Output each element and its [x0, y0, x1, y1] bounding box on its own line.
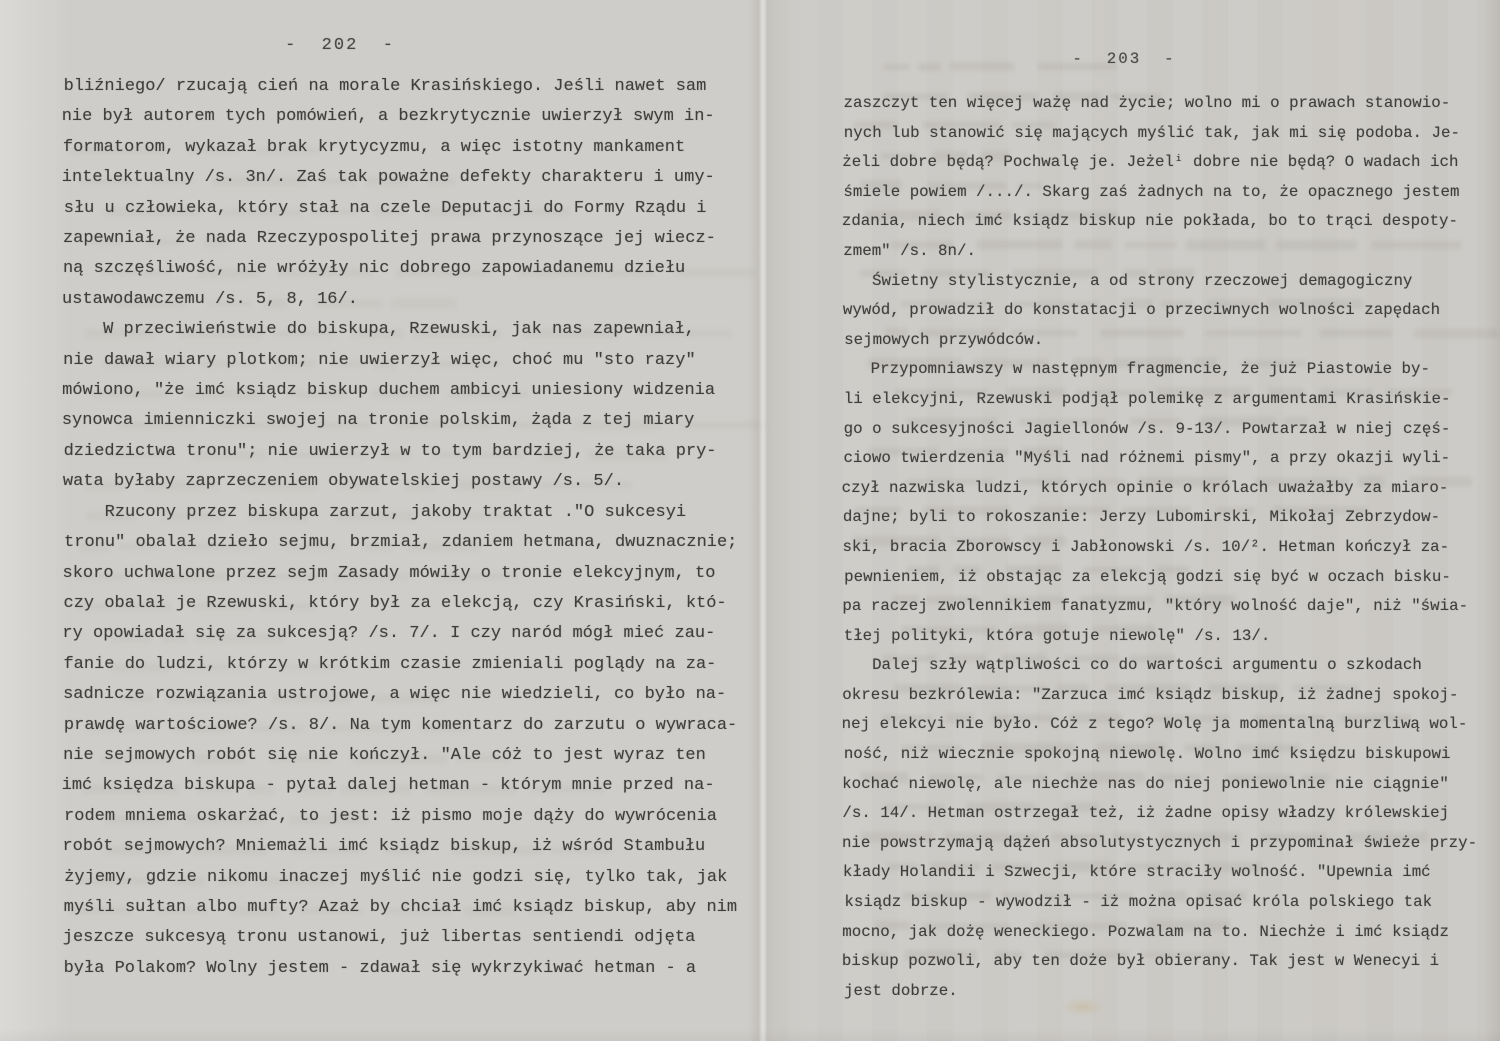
text-line: nie dawał wiary plotkom; nie uwierzył wi… — [63, 346, 763, 376]
text-line: wata byłaby zaprzeczeniem obywatelskiej … — [63, 467, 763, 497]
text-line: zdania, niech imć ksiądz biskup nie pokł… — [842, 207, 1482, 237]
text-line: wywód, prowadził do konstatacji o przeci… — [843, 296, 1483, 326]
text-line: nie sejmowych robót się nie kończył. "Al… — [63, 741, 763, 771]
text-line: /s. 14/. Hetman ostrzegał też, iż żadne … — [842, 799, 1482, 829]
text-line: W przeciwieństwie do biskupa, Rzewuski, … — [62, 315, 762, 345]
page-number-202: - 202 - — [250, 36, 430, 55]
text-line: mówiono, "że imć ksiądz biskup duchem am… — [62, 376, 762, 406]
text-line: zapewniał, że nada Rzeczypospolitej praw… — [63, 224, 763, 254]
right-paper-edge — [1484, 0, 1500, 1041]
text-line: intelektualny /s. 3n/. Zaś tak poważne d… — [62, 163, 762, 193]
text-line: była Polakom? Wolny jestem - zdawał się … — [64, 954, 764, 984]
text-line: imć księdza biskupa - pytał dalej hetman… — [62, 771, 762, 801]
text-line: Rzucony przez biskupa zarzut, jakoby tra… — [64, 498, 764, 528]
text-line: śmiele powiem /.../. Skarg zaś żadnych n… — [843, 178, 1483, 208]
text-line: tronu" obalał dzieło sejmu, brzmiał, zda… — [64, 528, 764, 558]
text-line: jest dobrze. — [844, 977, 1484, 1007]
text-line: robót sejmowych? Mniemażli imć ksiądz bi… — [62, 832, 762, 862]
text-line: zaszczyt ten więcej ważę nad życie; woln… — [844, 89, 1484, 119]
text-line: pewnieniem, iż obstając za elekcją godzi… — [844, 563, 1484, 593]
text-line: dziedzictwa tronu"; nie uwierzył w to ty… — [64, 437, 764, 467]
text-line: ski, bracia Zborowscy i Jabłonowski /s. … — [842, 533, 1482, 563]
page-number-203: - 203 - — [1038, 50, 1210, 68]
text-line: ustawodawczemu /s. 5, 8, 16/. — [62, 285, 762, 315]
text-line: bliźniego/ rzucają cień na morale Krasiń… — [64, 72, 764, 102]
text-line: nie był autorem tych pomówień, a bezkryt… — [62, 102, 762, 132]
text-line: słu u człowieka, który stał na czele Dep… — [64, 194, 764, 224]
text-line: sejmowych przywódców. — [844, 326, 1484, 356]
text-line: żyjemy, gdzie nikomu inaczej myślić nie … — [64, 863, 764, 893]
text-line: Przypomniawszy w następnym fragmencie, ż… — [842, 355, 1482, 385]
text-line: myśli sułtan albo mufty? Azaż by chciał … — [64, 893, 764, 923]
text-line: czy obalał je Rzewuski, który był za ele… — [64, 589, 764, 619]
text-line: formatorom, wykazał brak krytycyzmu, a w… — [63, 133, 763, 163]
text-line: nie powstrzymają dążeń absolutystycznych… — [842, 829, 1482, 859]
text-line: rodem mniema oskarżać, to jest: iż pismo… — [64, 802, 764, 832]
text-line: ność, niż wiecznie spokojną niewolę. Wol… — [844, 740, 1484, 770]
text-line: li elekcyjni, Rzewuski podjął polemikę z… — [844, 385, 1484, 415]
bottom-paper-edge — [0, 1029, 1500, 1041]
text-line: prawdę wartościowe? /s. 8/. Na tym komen… — [64, 711, 764, 741]
text-line: jeszcze sukcesyą tronu ustanowi, już lib… — [63, 923, 763, 953]
text-line: zmem" /s. 8n/. — [843, 237, 1483, 267]
text-line: ną szczęśliwość, nie wróżyły nic dobrego… — [63, 254, 763, 284]
text-line: okresu bezkrólewia: "Zarzuca imć ksiądz … — [842, 681, 1482, 711]
text-line: kłady Holandii i Szwecji, które straciły… — [843, 858, 1483, 888]
text-line: Świetny stylistycznie, a od strony rzecz… — [844, 267, 1484, 297]
scanned-book-spread: - 202 - bliźniego/ rzucają cień na moral… — [0, 0, 1500, 1041]
text-line: żeli dobre będą? Pochwalę je. Jeżelⁱ dob… — [842, 148, 1482, 178]
text-line: ciowo twierdzenia "Myśli nad różnemi pis… — [843, 444, 1483, 474]
text-line: tłej polityki, która gotuje niewolę" /s.… — [844, 622, 1484, 652]
text-line: czył nazwiska ludzi, których opinie o kr… — [842, 474, 1482, 504]
text-line: nych lub stanowić się mających myślić ta… — [844, 119, 1484, 149]
text-line: sadnicze rozwiązania ustrojowe, a więc n… — [63, 680, 763, 710]
text-line: skoro uchwalone przez sejm Zasady mówiły… — [63, 559, 763, 589]
text-line: ksiądz biskup - wywodził - iż można opis… — [844, 888, 1484, 918]
text-line: pa raczej zwolennikiem fanatyzmu, "który… — [842, 592, 1482, 622]
text-line: kochać niewolę, ale niechże nas do niej … — [842, 770, 1482, 800]
text-line: mocno, jak dożę weneckiego. Pozwalam na … — [842, 918, 1482, 948]
text-line: biskup pozwoli, aby ten doże był obieran… — [842, 947, 1482, 977]
text-line: Dalej szły wątpliwości co do wartości ar… — [844, 651, 1484, 681]
text-line: nej elekcyi nie było. Cóż z tego? Wolę j… — [842, 710, 1482, 740]
page-202-text: bliźniego/ rzucają cień na morale Krasiń… — [63, 72, 763, 984]
text-line: go o sukcesyjności Jagiellonów /s. 9-13/… — [844, 415, 1484, 445]
text-line: synowca imienniczki swojej na tronie pol… — [62, 406, 762, 436]
text-line: dajne; byli to rokoszanie: Jerzy Lubomir… — [843, 503, 1483, 533]
text-line: ry opowiadał się za sukcesją? /s. 7/. I … — [62, 619, 762, 649]
text-line: fanie do ludzi, którzy w krótkim czasie … — [63, 650, 763, 680]
page-203-text: zaszczyt ten więcej ważę nad życie; woln… — [843, 89, 1483, 1006]
